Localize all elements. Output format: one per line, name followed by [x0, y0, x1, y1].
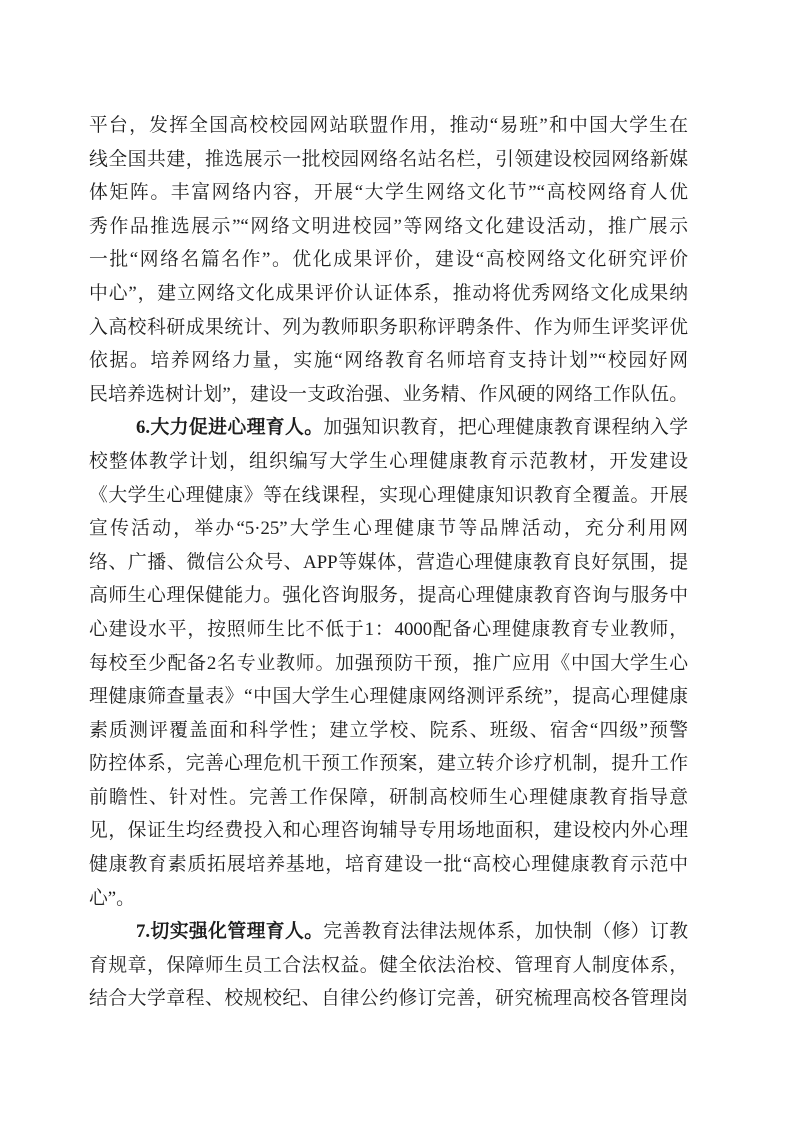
text-run: 体矩阵。丰富网络内容，开展“大学生网络文化节”“高校网络育人优: [89, 182, 688, 203]
text-line: 前瞻性、针对性。完善工作保障，研制高校师生心理健康教育指导意: [89, 781, 688, 815]
text-line: 心”。: [89, 882, 688, 916]
paragraph-network-education-continued: 平台，发挥全国高校校园网站联盟作用，推动“易班”和中国大学生在线全国共建，推选展…: [89, 109, 688, 411]
text-run: 中心”，建立网络文化成果评价认证体系，推动将优秀网络文化成果纳: [89, 283, 688, 304]
section-heading: 7.切实强化管理育人。: [136, 921, 323, 942]
text-line: 6.大力促进心理育人。加强知识教育，把心理健康教育课程纳入学: [89, 411, 688, 445]
text-line: 健康教育素质拓展培养基地，培育建设一批“高校心理健康教育示范中: [89, 848, 688, 882]
text-line: 心建设水平，按照师生比不低于1：4000配备心理健康教育专业教师，: [89, 613, 688, 647]
text-line: 宣传活动，举办“5·25”大学生心理健康节等品牌活动，充分利用网: [89, 512, 688, 546]
text-run: 完善教育法律法规体系，加快制（修）订教: [323, 921, 688, 942]
text-line: 中心”，建立网络文化成果评价认证体系，推动将优秀网络文化成果纳: [89, 277, 688, 311]
text-run: 心建设水平，按照师生比不低于1：4000配备心理健康教育专业教师，: [89, 619, 688, 640]
text-run: 宣传活动，举办“5·25”大学生心理健康节等品牌活动，充分利用网: [89, 518, 688, 539]
text-run: 平台，发挥全国高校校园网站联盟作用，推动“易班”和中国大学生在: [89, 115, 688, 136]
document-page: 平台，发挥全国高校校园网站联盟作用，推动“易班”和中国大学生在线全国共建，推选展…: [0, 0, 793, 1122]
text-line: 高师生心理保健能力。强化咨询服务，提高心理健康教育咨询与服务中: [89, 579, 688, 613]
text-line: 校整体教学计划，组织编写大学生心理健康教育示范教材，开发建设: [89, 445, 688, 479]
text-line: 依据。培养网络力量，实施“网络教育名师培育支持计划”“校园好网: [89, 344, 688, 378]
text-line: 7.切实强化管理育人。完善教育法律法规体系，加快制（修）订教: [89, 915, 688, 949]
text-line: 结合大学章程、校规校纪、自律公约修订完善，研究梳理高校各管理岗: [89, 982, 688, 1016]
paragraph-6-psychological-education: 6.大力促进心理育人。加强知识教育，把心理健康教育课程纳入学校整体教学计划，组织…: [89, 411, 688, 915]
text-run: 络、广播、微信公众号、APP等媒体，营造心理健康教育良好氛围，提: [89, 552, 688, 573]
document-body: 平台，发挥全国高校校园网站联盟作用，推动“易班”和中国大学生在线全国共建，推选展…: [89, 109, 688, 1016]
text-line: 秀作品推选展示”“网络文明进校园”等网络文化建设活动，推广展示: [89, 210, 688, 244]
text-run: 依据。培养网络力量，实施“网络教育名师培育支持计划”“校园好网: [89, 350, 688, 371]
text-run: 线全国共建，推选展示一批校园网络名站名栏，引领建设校园网络新媒: [89, 149, 688, 170]
paragraph-7-management-education: 7.切实强化管理育人。完善教育法律法规体系，加快制（修）订教育规章，保障师生员工…: [89, 915, 688, 1016]
section-heading: 6.大力促进心理育人。: [136, 417, 323, 438]
text-line: 体矩阵。丰富网络内容，开展“大学生网络文化节”“高校网络育人优: [89, 176, 688, 210]
text-line: 每校至少配备2名专业教师。加强预防干预，推广应用《中国大学生心: [89, 647, 688, 681]
text-line: 络、广播、微信公众号、APP等媒体，营造心理健康教育良好氛围，提: [89, 546, 688, 580]
text-line: 防控体系，完善心理危机干预工作预案，建立转介诊疗机制，提升工作: [89, 747, 688, 781]
text-line: 线全国共建，推选展示一批校园网络名站名栏，引领建设校园网络新媒: [89, 143, 688, 177]
text-line: 《大学生心理健康》等在线课程，实现心理健康知识教育全覆盖。开展: [89, 479, 688, 513]
text-run: 前瞻性、针对性。完善工作保障，研制高校师生心理健康教育指导意: [89, 787, 688, 808]
text-run: 高师生心理保健能力。强化咨询服务，提高心理健康教育咨询与服务中: [89, 585, 688, 606]
text-line: 素质测评覆盖面和科学性；建立学校、院系、班级、宿舍“四级”预警: [89, 714, 688, 748]
text-run: 入高校科研成果统计、列为教师职务职称评聘条件、作为师生评奖评优: [89, 317, 688, 338]
text-run: 健康教育素质拓展培养基地，培育建设一批“高校心理健康教育示范中: [89, 854, 688, 875]
text-run: 每校至少配备2名专业教师。加强预防干预，推广应用《中国大学生心: [89, 653, 688, 674]
text-run: 加强知识教育，把心理健康教育课程纳入学: [323, 417, 688, 438]
text-run: 结合大学章程、校规校纪、自律公约修订完善，研究梳理高校各管理岗: [89, 988, 688, 1009]
text-line: 民培养选树计划”，建设一支政治强、业务精、作风硬的网络工作队伍。: [89, 378, 688, 412]
text-line: 见，保证生均经费投入和心理咨询辅导专用场地面积，建设校内外心理: [89, 814, 688, 848]
text-run: 理健康筛查量表》“中国大学生心理健康网络测评系统”，提高心理健康: [89, 686, 688, 707]
text-run: 一批“网络名篇名作”。优化成果评价，建设“高校网络文化研究评价: [89, 249, 688, 270]
text-line: 一批“网络名篇名作”。优化成果评价，建设“高校网络文化研究评价: [89, 243, 688, 277]
text-line: 育规章，保障师生员工合法权益。健全依法治校、管理育人制度体系，: [89, 949, 688, 983]
text-run: 心”。: [89, 888, 135, 909]
text-line: 理健康筛查量表》“中国大学生心理健康网络测评系统”，提高心理健康: [89, 680, 688, 714]
text-run: 素质测评覆盖面和科学性；建立学校、院系、班级、宿舍“四级”预警: [89, 720, 688, 741]
text-run: 见，保证生均经费投入和心理咨询辅导专用场地面积，建设校内外心理: [89, 820, 688, 841]
text-run: 《大学生心理健康》等在线课程，实现心理健康知识教育全覆盖。开展: [89, 485, 688, 506]
text-run: 秀作品推选展示”“网络文明进校园”等网络文化建设活动，推广展示: [89, 216, 688, 237]
text-run: 校整体教学计划，组织编写大学生心理健康教育示范教材，开发建设: [89, 451, 688, 472]
text-line: 平台，发挥全国高校校园网站联盟作用，推动“易班”和中国大学生在: [89, 109, 688, 143]
text-line: 入高校科研成果统计、列为教师职务职称评聘条件、作为师生评奖评优: [89, 311, 688, 345]
text-run: 育规章，保障师生员工合法权益。健全依法治校、管理育人制度体系，: [89, 955, 688, 976]
text-run: 民培养选树计划”，建设一支政治强、业务精、作风硬的网络工作队伍。: [89, 384, 688, 405]
text-run: 防控体系，完善心理危机干预工作预案，建立转介诊疗机制，提升工作: [89, 753, 688, 774]
